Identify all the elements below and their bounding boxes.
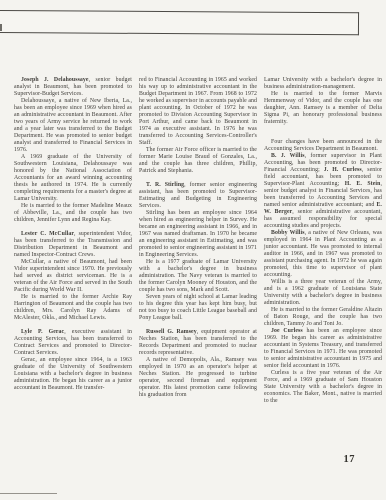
paragraph: He is married to the former Marvis Hemme… bbox=[264, 91, 382, 126]
paragraph: He is married to the former Geraldine Al… bbox=[264, 307, 382, 328]
paragraph: Willis is a three year veteran of the Ar… bbox=[264, 279, 382, 307]
paragraph: Curless is a five year veteran of the Ai… bbox=[264, 370, 382, 405]
text-column-1: Joseph J. Delahoussaye, senior budget an… bbox=[14, 77, 132, 405]
paragraph: B. J. Willis, former supervisor in Plant… bbox=[264, 153, 382, 230]
body-text: He is a 1977 graduate of Lamar Universit… bbox=[139, 259, 257, 293]
paragraph: He is a 1977 graduate of Lamar Universit… bbox=[139, 259, 257, 294]
person-name: J. H. Curless bbox=[324, 167, 362, 173]
person-name: Joe Curless bbox=[271, 328, 303, 334]
text-column-3: Lamar University with a bachelor's degre… bbox=[264, 77, 382, 405]
paragraph: A 1969 graduate of the University of Sou… bbox=[14, 154, 132, 203]
clipped-header-box bbox=[0, 10, 359, 35]
paragraph: Bobby Willis, a native of New Orleans, w… bbox=[264, 230, 382, 279]
paragraph: T. R. Stirling, former senior engineerin… bbox=[139, 182, 257, 210]
person-name: B. J. Willis bbox=[271, 153, 305, 159]
newsletter-page: Joseph J. Delahoussaye, senior budget an… bbox=[0, 0, 386, 500]
body-text: A native of Demopolis, Ala., Ramsey was … bbox=[139, 357, 257, 398]
paragraph: Lyle P. Gerac, executive assistant in Ac… bbox=[14, 329, 132, 357]
body-text: Seven years of night school at Lamar lea… bbox=[139, 294, 257, 321]
scan-edge-mark bbox=[0, 24, 2, 31]
body-text: Four changes have been announced in the … bbox=[264, 139, 382, 152]
paragraph: The former Air Force officer is married … bbox=[139, 147, 257, 175]
body-text: McCullar, a native of Beaumont, had been… bbox=[14, 259, 132, 293]
person-name: Russell G. Ramsey bbox=[146, 329, 197, 335]
paragraph: Four changes have been announced in the … bbox=[264, 139, 382, 153]
scan-artifact-line bbox=[0, 493, 57, 494]
paragraph: McCullar, a native of Beaumont, had been… bbox=[14, 259, 132, 294]
body-text: He is married to the former Marvis Hemme… bbox=[264, 91, 382, 125]
person-name: T. R. Stirling bbox=[146, 182, 184, 188]
body-text: has been an employee since 1969. He bega… bbox=[264, 328, 382, 369]
body-text: He is married to the former Madeline Mea… bbox=[14, 203, 132, 223]
paragraph: Lamar University with a bachelor's degre… bbox=[264, 77, 382, 91]
body-text: He is married to the former Geraldine Al… bbox=[264, 307, 382, 327]
body-text: Willis is a three year veteran of the Ar… bbox=[264, 279, 382, 306]
paragraph: Joe Curless has been an employee since 1… bbox=[264, 328, 382, 370]
paragraph: red to Financial Accounting in 1965 and … bbox=[139, 77, 257, 147]
paragraph: Seven years of night school at Lamar lea… bbox=[139, 294, 257, 322]
article-columns: Joseph J. Delahoussaye, senior budget an… bbox=[14, 77, 382, 405]
body-text: Delahoussaye, a native of New Iberia, La… bbox=[14, 98, 132, 153]
body-text: The former Air Force officer is married … bbox=[139, 147, 257, 174]
paragraph: He is married to the former Madeline Mea… bbox=[14, 203, 132, 224]
body-text: He is married to the former Archie Ray H… bbox=[14, 294, 132, 321]
body-text: Gerac, an employee since 1964, is a 1963… bbox=[14, 357, 132, 391]
body-text: red to Financial Accounting in 1965 and … bbox=[139, 77, 257, 146]
paragraph: Stirling has been an employee since 1964… bbox=[139, 210, 257, 259]
paragraph: Lester C. McCullar, superintendent Vidor… bbox=[14, 231, 132, 259]
person-name: H. E. Stein bbox=[345, 181, 381, 187]
body-text: A 1969 graduate of the University of Sou… bbox=[14, 154, 132, 202]
person-name: Lyle P. Gerac bbox=[21, 329, 64, 335]
body-text: Lamar University with a bachelor's degre… bbox=[264, 77, 382, 90]
paragraph: Joseph J. Delahoussaye, senior budget an… bbox=[14, 77, 132, 98]
body-text: Curless is a five year veteran of the Ai… bbox=[264, 370, 382, 404]
person-name: Lester C. McCullar bbox=[21, 231, 74, 237]
body-text: Stirling has been an employee since 1964… bbox=[139, 210, 257, 258]
paragraph: A native of Demopolis, Ala., Ramsey was … bbox=[139, 357, 257, 399]
person-name: Bobby Willis bbox=[271, 230, 305, 236]
paragraph: He is married to the former Archie Ray H… bbox=[14, 294, 132, 322]
paragraph: Gerac, an employee since 1964, is a 1963… bbox=[14, 357, 132, 392]
person-name: Joseph J. Delahoussaye bbox=[21, 77, 89, 83]
text-column-2: red to Financial Accounting in 1965 and … bbox=[139, 77, 257, 405]
paragraph: Russell G. Ramsey, equipment operator at… bbox=[139, 329, 257, 357]
paragraph: Delahoussaye, a native of New Iberia, La… bbox=[14, 98, 132, 154]
page-number: 17 bbox=[344, 454, 356, 465]
body-text: , a native of New Orleans, was employed … bbox=[264, 230, 382, 278]
